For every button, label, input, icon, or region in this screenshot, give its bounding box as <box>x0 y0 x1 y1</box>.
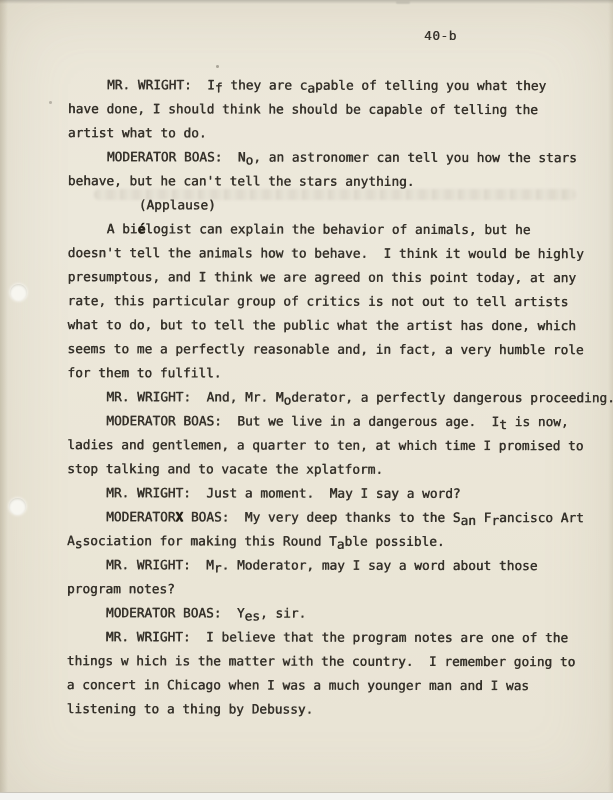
transcript-segment: listening to a thing by Debussy. <box>67 702 314 718</box>
transcript-line: MR. WRIGHT: I believe that the program n… <box>67 626 607 651</box>
transcript-segment: ancisco Art <box>499 511 584 526</box>
transcript-line: presumptous, and I think we are agreed o… <box>68 266 608 291</box>
transcript-segment: they are c <box>223 78 308 93</box>
transcript-segment: MR. WRIGHT: M <box>106 558 214 573</box>
transcript-line: MODERATOR BOAS: But we live in a dangero… <box>67 410 607 435</box>
transcript-line: artist what to do. <box>68 122 608 147</box>
transcript-segment: what to do, but to tell the public what … <box>67 318 576 334</box>
scan-smudge <box>396 1 410 4</box>
ink-speck <box>216 65 219 68</box>
transcript-segment: pable of telling you what they <box>315 79 546 94</box>
scan-edge-bottom <box>0 792 613 800</box>
transcript-segment: have done, I should think he should be c… <box>68 102 538 118</box>
transcript-line: MODERATOR BOAS: No, an astronomer can te… <box>68 146 608 171</box>
scanned-document-page: 40-b MR. WRIGHT: If they are capable of … <box>0 0 613 800</box>
transcript-segment: r <box>214 561 222 576</box>
transcript-line: a concert in Chicago when I was a much y… <box>67 674 607 699</box>
transcript-segment: MODERATOR BOAS: Y <box>106 606 245 621</box>
transcript-segment: derator, a perfectly dangerous proceedin… <box>291 390 613 406</box>
transcript-line: MR. WRIGHT: And, Mr. Moderator, a perfec… <box>67 386 607 411</box>
transcript-segment: A bi <box>107 222 138 237</box>
transcript-segment: . Moderator, may I say a word about thos… <box>222 558 538 574</box>
punch-hole-bottom <box>9 498 26 515</box>
transcript-segment: MR. WRIGHT: I <box>107 78 215 93</box>
transcript-segment: rate, this particular group of critics i… <box>68 294 569 310</box>
transcript-line: (Applause) <box>68 194 608 219</box>
transcript-segment: o <box>245 153 253 168</box>
transcript-line: doesn't tell the animals how to behave. … <box>68 242 608 267</box>
transcript-line: MODERATORX BOAS: My very deep thanks to … <box>67 506 607 531</box>
transcript-segment: a <box>337 537 345 552</box>
transcript-segment: es <box>245 609 260 624</box>
transcript-line: what to do, but to tell the public what … <box>67 314 607 339</box>
transcript-segment: an <box>460 513 475 528</box>
transcript-segment: behave, but he can't tell the stars anyt… <box>68 174 415 190</box>
transcript-segment: A <box>67 534 75 549</box>
transcript-line: seems to me a perfectly reasonable and, … <box>67 338 607 363</box>
transcript-segment: program notes? <box>67 582 175 597</box>
transcript-segment: artist what to do. <box>68 126 207 141</box>
punch-hole-top <box>10 284 27 301</box>
transcript-segment: things w hich is the matter with the cou… <box>67 654 576 670</box>
transcript-line: behave, but he can't tell the stars anyt… <box>68 170 608 195</box>
transcript-segment: r <box>491 513 499 528</box>
page-number: 40-b <box>424 29 457 44</box>
transcript-segment: a concert in Chicago when I was a much y… <box>67 678 529 694</box>
transcript-line: MR. WRIGHT: Just a moment. May I say a w… <box>67 482 607 507</box>
scan-edge-top <box>0 0 613 4</box>
transcript-segment: sociation for making this Round T <box>82 534 336 550</box>
transcript-segment: MR. WRIGHT: I believe that the program n… <box>106 630 568 646</box>
ink-speck <box>49 101 52 104</box>
transcript-segment: (Applause) <box>139 198 216 213</box>
transcript-segment: f <box>215 81 223 96</box>
transcript-line: Association for making this Round Table … <box>67 530 607 555</box>
transcript-segment: ble possible. <box>344 535 444 550</box>
transcript-line: rate, this particular group of critics i… <box>67 290 607 315</box>
transcript-segment: X <box>175 510 183 525</box>
transcript-segment: ladies and gentlemen, a quarter to ten, … <box>67 438 583 454</box>
transcript-segment: a <box>307 81 315 96</box>
transcript-segment: doesn't tell the animals how to behave. … <box>68 246 584 262</box>
transcript-line: stop talking and to vacate the xplatform… <box>67 458 607 483</box>
transcript-segment: for them to fulfill. <box>67 366 221 381</box>
transcript-segment: MR. WRIGHT: And, Mr. M <box>106 390 283 405</box>
transcript-segment: stop talking and to vacate the xplatform… <box>67 462 383 478</box>
transcript-line: for them to fulfill. <box>67 362 607 387</box>
transcript-segment: t <box>499 417 507 432</box>
transcript-segment: MODERATOR BOAS: But we live in a dangero… <box>106 414 499 430</box>
transcript-segment: presumptous, and I think we are agreed o… <box>68 270 577 286</box>
transcript-segment: BOAS: My very deep thanks to the S <box>183 510 460 526</box>
transcript-line: MR. WRIGHT: Mr. Moderator, may I say a w… <box>67 554 607 579</box>
transcript-body: MR. WRIGHT: If they are capable of telli… <box>67 74 608 723</box>
transcript-line: ladies and gentlemen, a quarter to ten, … <box>67 434 607 459</box>
transcript-line: MODERATOR BOAS: Yes, sir. <box>67 602 607 627</box>
transcript-line: have done, I should think he should be c… <box>68 98 608 123</box>
transcript-segment: s <box>75 537 83 552</box>
transcript-line: listening to a thing by Debussy. <box>67 698 607 723</box>
transcript-segment: , sir. <box>260 606 306 621</box>
transcript-segment: MR. WRIGHT: Just a moment. May I say a w… <box>106 486 460 502</box>
transcript-segment: o <box>284 393 292 408</box>
transcript-segment: F <box>476 511 491 526</box>
transcript-segment: logist can explain the behavior of anima… <box>145 222 530 238</box>
transcript-segment: é <box>137 222 145 237</box>
transcript-segment: , an astronomer can tell you how the sta… <box>253 150 577 166</box>
transcript-line: things w hich is the matter with the cou… <box>67 650 607 675</box>
transcript-segment: is now, <box>507 415 569 430</box>
transcript-segment: MODERATOR BOAS: N <box>107 150 246 165</box>
transcript-segment: MODERATOR <box>106 510 175 525</box>
transcript-line: A biélogist can explain the behavior of … <box>68 218 608 243</box>
transcript-line: MR. WRIGHT: If they are capable of telli… <box>68 74 608 99</box>
scan-edge-left <box>0 0 8 800</box>
transcript-line: program notes? <box>67 578 607 603</box>
transcript-segment: seems to me a perfectly reasonable and, … <box>67 342 583 358</box>
